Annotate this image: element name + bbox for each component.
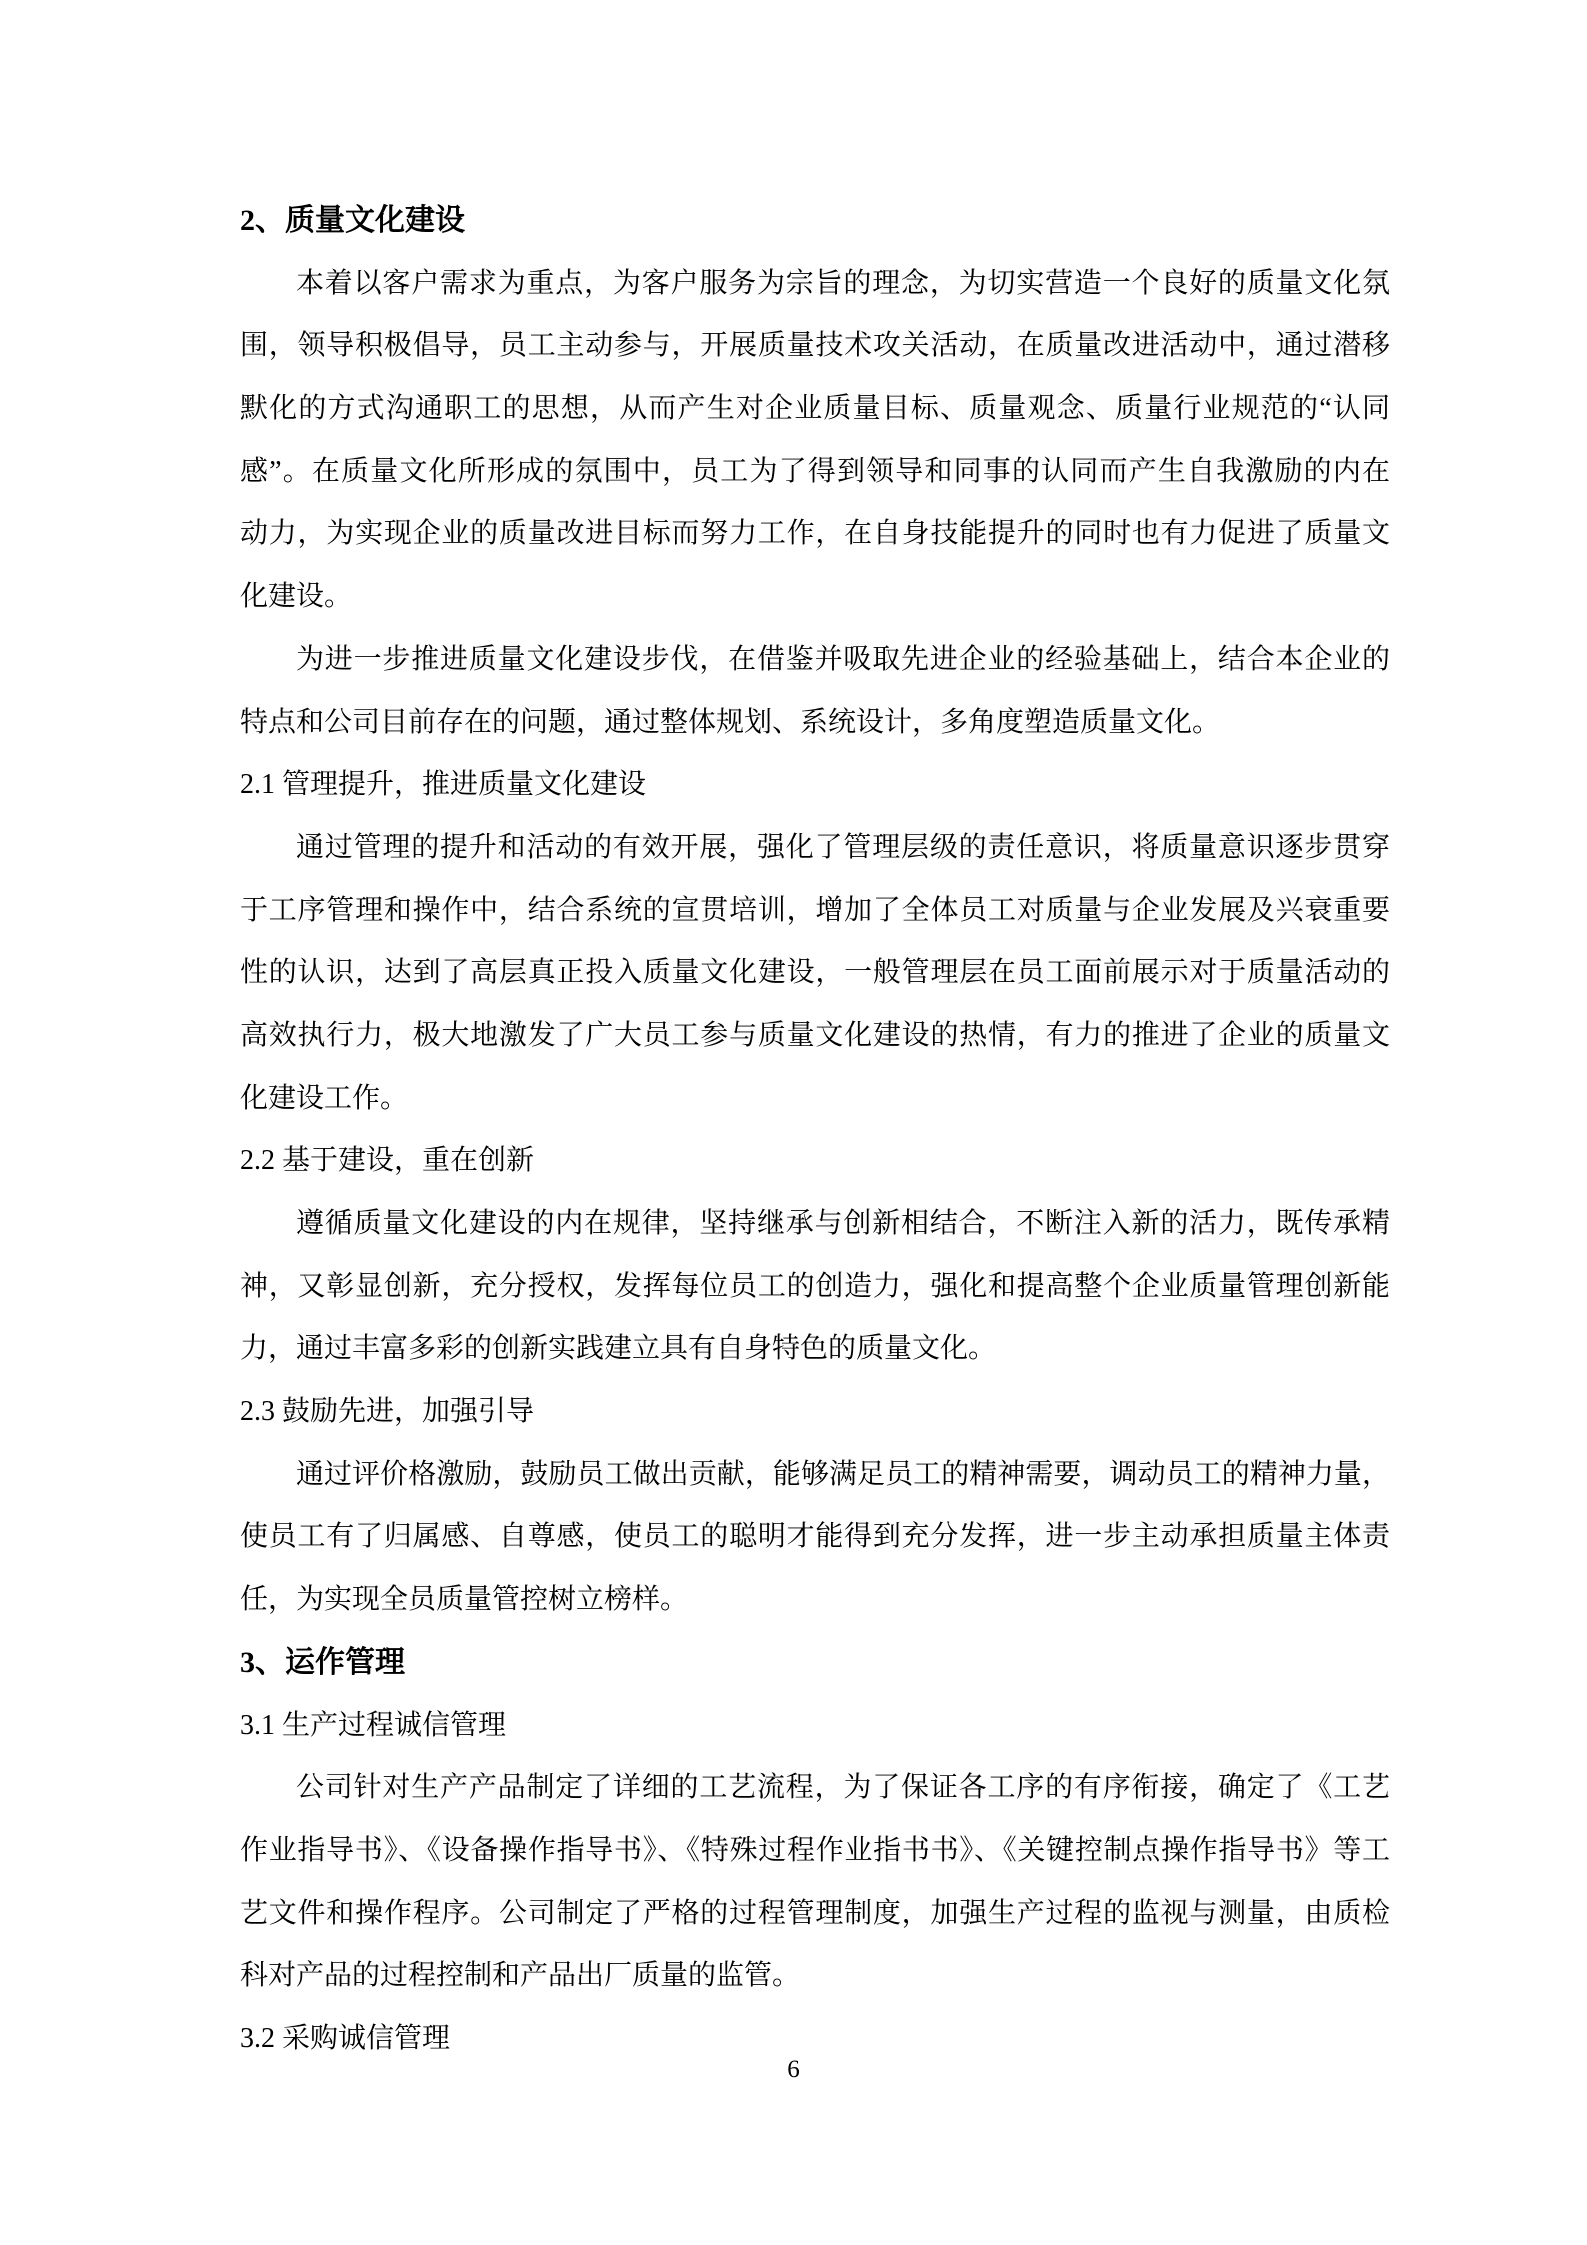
paragraph-line: 性的认识，达到了高层真正投入质量文化建设，一般管理层在员工面前展示对于质量活动的 [240, 942, 1390, 1005]
subsection-heading: 2.1 管理提升，推进质量文化建设 [240, 754, 1390, 817]
page-number: 6 [0, 2046, 1587, 2094]
subsection-heading: 2.3 鼓励先进，加强引导 [240, 1381, 1390, 1444]
paragraph-line: 神，又彰显创新，充分授权，发挥每位员工的创造力，强化和提高整个企业质量管理创新能 [240, 1256, 1390, 1319]
paragraph-line: 动力，为实现企业的质量改进目标而努力工作，在自身技能提升的同时也有力促进了质量文 [240, 503, 1390, 566]
paragraph-line: 感”。在质量文化所形成的氛围中，员工为了得到领导和同事的认同而产生自我激励的内在 [240, 441, 1390, 504]
paragraph-line: 遵循质量文化建设的内在规律，坚持继承与创新相结合，不断注入新的活力，既传承精 [240, 1193, 1390, 1256]
paragraph-line: 公司针对生产产品制定了详细的工艺流程，为了保证各工序的有序衔接，确定了《工艺 [240, 1757, 1390, 1820]
paragraph-line: 为进一步推进质量文化建设步伐，在借鉴并吸取先进企业的经验基础上，结合本企业的 [240, 629, 1390, 692]
paragraph-line: 高效执行力，极大地激发了广大员工参与质量文化建设的热情，有力的推进了企业的质量文 [240, 1005, 1390, 1068]
section-heading: 2、质量文化建设 [240, 190, 1390, 253]
paragraph-line: 作业指导书》、《设备操作指导书》、《特殊过程作业指书书》、《关键控制点操作指导书… [240, 1820, 1390, 1883]
paragraph-line: 本着以客户需求为重点，为客户服务为宗旨的理念，为切实营造一个良好的质量文化氛 [240, 253, 1390, 316]
paragraph-line: 化建设。 [240, 566, 1390, 629]
paragraph-line: 使员工有了归属感、自尊感，使员工的聪明才能得到充分发挥，进一步主动承担质量主体责 [240, 1506, 1390, 1569]
paragraph-line: 于工序管理和操作中，结合系统的宣贯培训，增加了全体员工对质量与企业发展及兴衰重要 [240, 880, 1390, 943]
section-heading: 3、运作管理 [240, 1632, 1390, 1695]
paragraph-line: 艺文件和操作程序。公司制定了严格的过程管理制度，加强生产过程的监视与测量，由质检 [240, 1883, 1390, 1946]
document-text-column: 2、质量文化建设 本着以客户需求为重点，为客户服务为宗旨的理念，为切实营造一个良… [240, 190, 1390, 2071]
paragraph-line: 通过管理的提升和活动的有效开展，强化了管理层级的责任意识，将质量意识逐步贯穿 [240, 817, 1390, 880]
paragraph-line: 围，领导积极倡导，员工主动参与，开展质量技术攻关活动，在质量改进活动中，通过潜移 [240, 315, 1390, 378]
subsection-heading: 3.1 生产过程诚信管理 [240, 1695, 1390, 1758]
paragraph-line: 通过评价格激励，鼓励员工做出贡献，能够满足员工的精神需要，调动员工的精神力量， [240, 1444, 1390, 1507]
paragraph-line: 科对产品的过程控制和产品出厂质量的监管。 [240, 1945, 1390, 2008]
document-page: 2、质量文化建设 本着以客户需求为重点，为客户服务为宗旨的理念，为切实营造一个良… [0, 0, 1587, 2245]
subsection-heading: 2.2 基于建设，重在创新 [240, 1130, 1390, 1193]
paragraph-line: 特点和公司目前存在的问题，通过整体规划、系统设计，多角度塑造质量文化。 [240, 692, 1390, 755]
paragraph-line: 任，为实现全员质量管控树立榜样。 [240, 1569, 1390, 1632]
paragraph-line: 力，通过丰富多彩的创新实践建立具有自身特色的质量文化。 [240, 1318, 1390, 1381]
paragraph-line: 化建设工作。 [240, 1068, 1390, 1131]
paragraph-line: 默化的方式沟通职工的思想，从而产生对企业质量目标、质量观念、质量行业规范的“认同 [240, 378, 1390, 441]
